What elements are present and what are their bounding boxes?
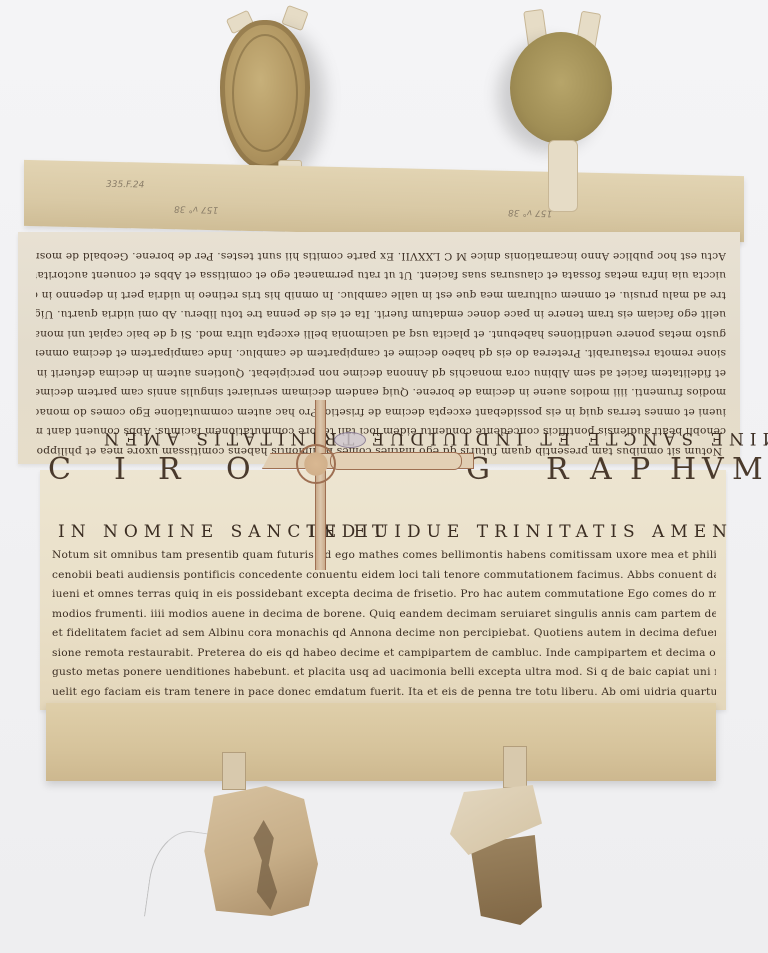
seal-strap [548, 140, 578, 212]
cut-letter: R [158, 452, 223, 487]
chirograph-lower-half: IN NOMINE SANCTE ET INDIUIDUE TRINITATIS… [40, 470, 726, 710]
text-line: iueni et omnes terras quiq in eis possid… [52, 585, 716, 605]
crucifix-upright [315, 400, 326, 570]
text-line: gusto metas ponere uenditiones habebunt.… [36, 324, 726, 344]
cut-letter: M [732, 452, 763, 487]
seal-tag [222, 752, 246, 790]
seal-tag [503, 746, 527, 788]
text-line: modios frumenti. iiii modios auene in de… [52, 605, 716, 625]
cut-letter: G [466, 452, 532, 487]
inverted-text-block: Notum sit omnibus tam presentib quam fut… [36, 238, 726, 460]
text-line: modios frumenti. iiii modios auene in de… [36, 382, 726, 402]
text-line: cenobii beati audiensis pontificis conce… [52, 566, 716, 586]
text-line: tre ad malu prusiu. et omnem culturam me… [36, 285, 726, 305]
wax-seal-top-left [220, 20, 310, 170]
seal-rim [232, 34, 298, 152]
text-line: sione remota restaurabit. Preterea do ei… [36, 343, 726, 363]
inverted-heading: IN NOMINE SANCTE ET INDIUIDUE TRINITATIS… [98, 428, 768, 448]
pencil-note: 157 v° 38 [174, 203, 218, 214]
parchment-bottom-fold [46, 703, 716, 781]
text-line: Notum sit omnibus tam presentib quam fut… [52, 546, 716, 566]
pencil-note: 157 v° 38 [508, 207, 552, 218]
text-line: uelit ego faciam eis tram tenere in pace… [36, 304, 726, 324]
text-line: uiccta uia infra metas fossata et clausu… [36, 265, 726, 285]
text-line: et fidelitatem faciet ad sem Albinu cora… [52, 624, 716, 644]
cut-letter: C [48, 452, 113, 487]
heading-right: INDIUIDUE TRINITATIS AMEN [308, 522, 733, 542]
text-line: sione remota restaurabit. Preterea do ei… [52, 644, 716, 664]
library-stamp [334, 432, 366, 448]
crucifix-halo [296, 444, 336, 484]
text-line: Actu est hoc publice Anno incarnationis … [36, 246, 726, 266]
pencil-note: 335.F.24 [106, 180, 144, 191]
chirograph-upper-half: Notum sit omnibus tam presentib quam fut… [18, 232, 740, 464]
text-line: gusto metas ponere uenditiones habebunt.… [52, 663, 716, 683]
text-line: et fidelitatem faciet ad sem Albinu cora… [36, 363, 726, 383]
parchment-top-fold: 335.F.24 157 v° 38 157 v° 38 [24, 160, 744, 242]
text-line: iueni et omnes terras quiq in eis possid… [36, 402, 726, 422]
wax-seal-top-right [510, 32, 612, 144]
text-line: uelit ego faciam eis tram tenere in pace… [52, 683, 716, 703]
crucifix-figure [330, 452, 462, 470]
